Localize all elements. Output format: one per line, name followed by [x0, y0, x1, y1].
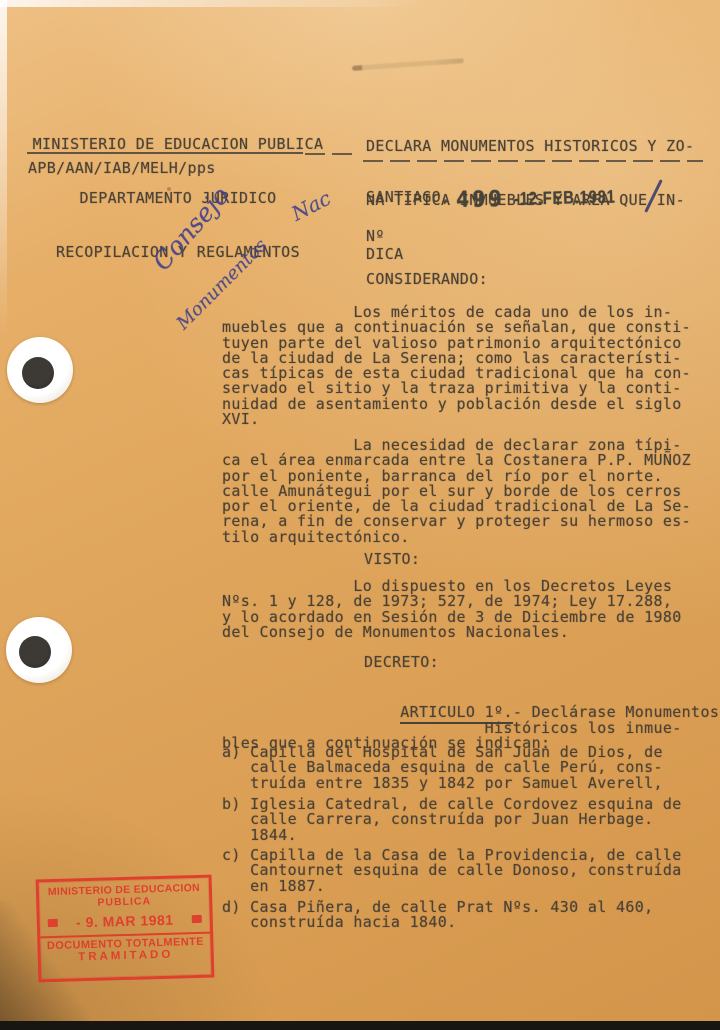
- list-item-a: a) Capilla del Hospital de San Juan de D…: [222, 745, 663, 791]
- received-stamp: MINISTERIO DE EDUCACION PUBLICA - 9. MAR…: [36, 875, 215, 983]
- reference-code: APB/AAN/IAB/MELH/pps: [28, 161, 216, 176]
- paragraph-considerando-2: La necesidad de declarar zona típi- ca e…: [222, 438, 691, 545]
- list-item-b: b) Iglesia Catedral, de calle Cordovez e…: [222, 797, 682, 843]
- hole-bore: [19, 636, 51, 668]
- received-stamp-bottom: DOCUMENTO TOTALMENTE TRAMITADO: [40, 932, 211, 965]
- decree-date: -12.FEB.1981: [514, 187, 616, 210]
- considerando-heading: CONSIDERANDO:: [366, 272, 488, 287]
- stamp-mark-right-icon: [192, 915, 202, 923]
- city-label: SANTIAGO,: [366, 190, 450, 205]
- hole-punch-top: [7, 337, 73, 403]
- paragraph-visto: Lo dispuesto en los Decretos Leyes Nºs. …: [222, 579, 682, 640]
- letterhead-underline-dashes: [305, 153, 357, 155]
- date-stamp: 499 -12.FEB.1981: [456, 184, 639, 213]
- department-name: DEPARTAMENTO JURIDICO: [30, 189, 326, 207]
- scan-edge-top: [0, 0, 430, 7]
- decree-number: 499: [456, 187, 505, 213]
- number-label: Nº: [366, 229, 385, 244]
- received-stamp-date-row: - 9. MAR 1981: [40, 911, 210, 932]
- subject-underline: [363, 160, 703, 162]
- letterhead-left: MINISTERIO DE EDUCACION PUBLICA DEPARTAM…: [30, 99, 326, 297]
- subject-line-3: DICA: [366, 245, 694, 263]
- hole-punch-bottom: [6, 617, 72, 683]
- letterhead-underline: [27, 152, 303, 154]
- hole-bore: [22, 357, 54, 389]
- decreto-heading: DECRETO:: [364, 655, 439, 670]
- list-item-d: d) Casa Piñera, de calle Prat Nºs. 430 a…: [222, 900, 654, 931]
- stamp-mark-left-icon: [48, 919, 58, 927]
- scanned-document: MINISTERIO DE EDUCACION PUBLICA DEPARTAM…: [0, 0, 720, 1030]
- paragraph-considerando-1: Los méritos de cada uno de los in- muebl…: [222, 305, 691, 427]
- scan-edge-left: [0, 0, 7, 340]
- visto-heading: VISTO:: [364, 552, 420, 567]
- received-stamp-date: - 9. MAR 1981: [76, 912, 174, 931]
- subject-line-1: DECLARA MONUMENTOS HISTORICOS Y ZO-: [366, 137, 694, 155]
- list-item-c: c) Capilla de la Casa de la Providencia,…: [222, 848, 682, 894]
- ministry-name: MINISTERIO DE EDUCACION PUBLICA: [30, 135, 326, 153]
